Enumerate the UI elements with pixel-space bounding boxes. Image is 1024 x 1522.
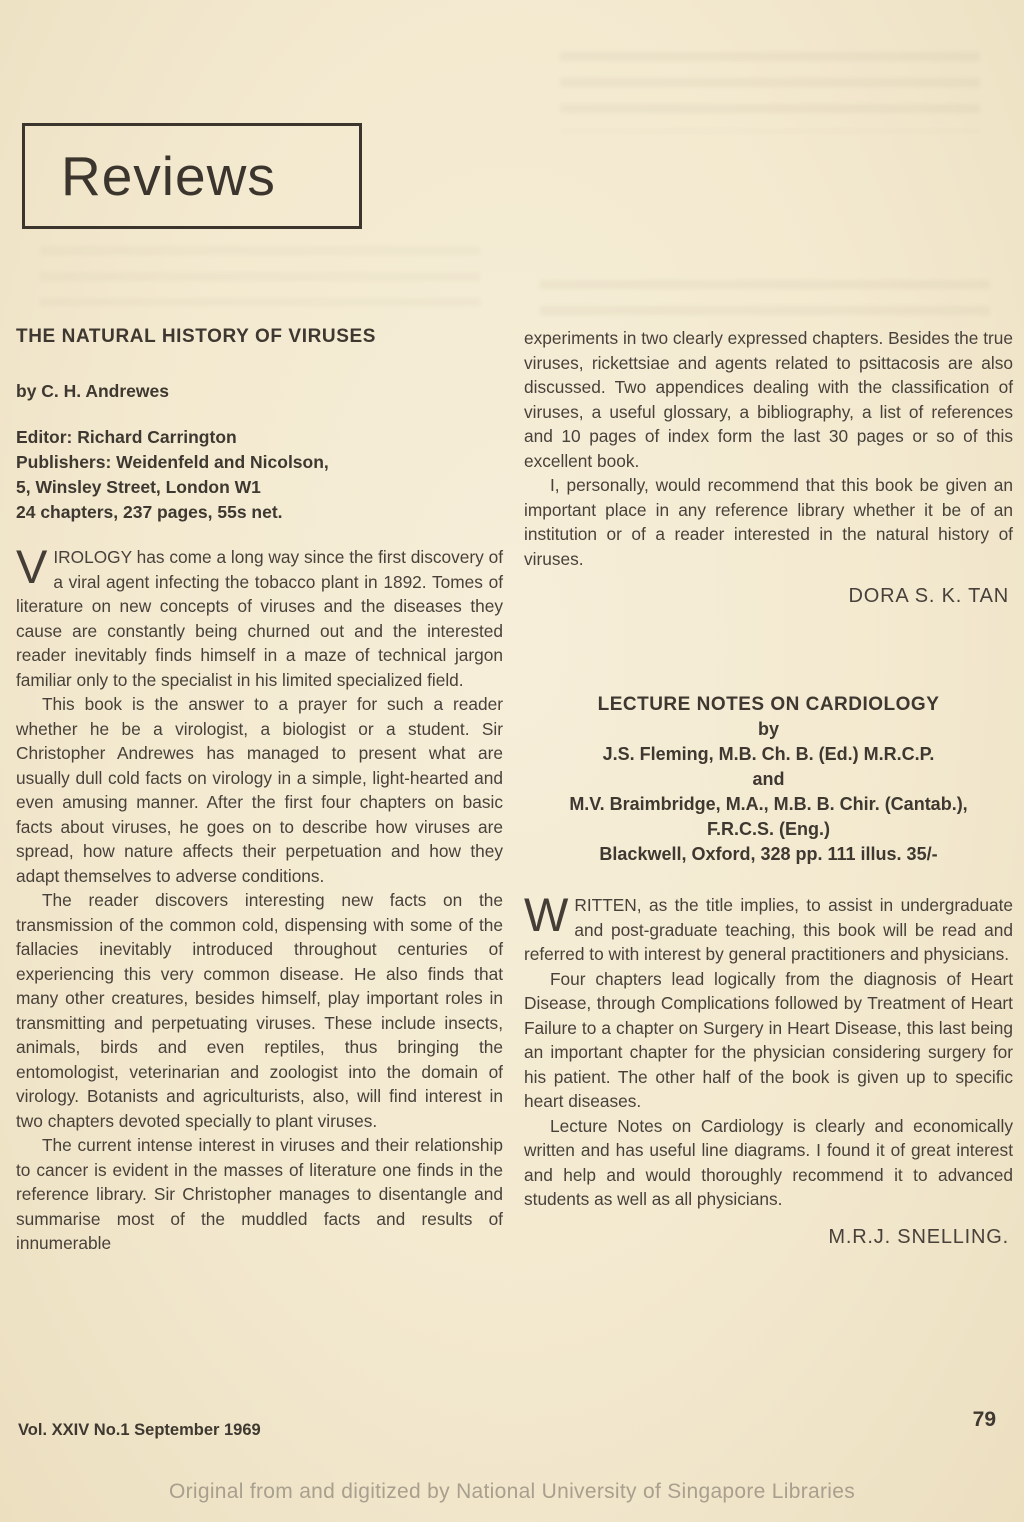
review2-heading-line: by [524,717,1013,742]
volume-info: Vol. XXIV No.1 September 1969 [18,1421,261,1440]
page-number: 79 [973,1408,996,1432]
right-column: experiments in two clearly expressed cha… [524,326,1013,1249]
review1-byline: by C. H. Andrewes [16,381,503,402]
review1-paragraph-continuation: experiments in two clearly expressed cha… [524,326,1013,473]
publication-info-line: Editor: Richard Carrington [16,425,503,450]
review1-paragraph: VIROLOGY has come a long way since the f… [16,545,503,692]
page-bleedthrough [540,280,990,326]
digitization-watermark: Original from and digitized by National … [0,1480,1024,1504]
review2-title: LECTURE NOTES ON CARDIOLOGY [524,692,1013,717]
review2-heading-line: J.S. Fleming, M.B. Ch. B. (Ed.) M.R.C.P. [524,742,1013,767]
review2-heading-line: M.V. Braimbridge, M.A., M.B. B. Chir. (C… [524,792,1013,817]
review2-heading-line: and [524,767,1013,792]
review1-paragraph: The reader discovers interesting new fac… [16,888,503,1133]
publication-info-line: 24 chapters, 237 pages, 55s net. [16,500,503,525]
review1-paragraph: I, personally, would recommend that this… [524,473,1013,571]
dropcap-v: V [16,545,53,587]
review2-paragraph: Lecture Notes on Cardiology is clearly a… [524,1114,1013,1212]
paragraph-text: RITTEN, as the title implies, to assist … [524,895,1013,964]
review1-reviewer: DORA S. K. TAN [524,585,1013,608]
review2-paragraph: Four chapters lead logically from the di… [524,967,1013,1114]
publication-info-line: Publishers: Weidenfeld and Nicolson, [16,450,503,475]
publication-info-line: 5, Winsley Street, London W1 [16,475,503,500]
review1-paragraph: This book is the answer to a prayer for … [16,692,503,888]
review2-heading: LECTURE NOTES ON CARDIOLOGY by J.S. Flem… [524,692,1013,867]
review1-publication-info: Editor: Richard Carrington Publishers: W… [16,425,503,525]
paragraph-text: IROLOGY has come a long way since the fi… [16,547,503,690]
journal-page: Reviews THE NATURAL HISTORY OF VIRUSES b… [0,0,1024,1522]
page-bleedthrough [560,52,980,132]
review1-paragraph: The current intense interest in viruses … [16,1133,503,1256]
dropcap-w: W [524,893,574,935]
page-bleedthrough [40,246,480,306]
review1-title: THE NATURAL HISTORY OF VIRUSES [16,326,503,348]
review2-paragraph: WRITTEN, as the title implies, to assist… [524,893,1013,967]
review2-heading-line: F.R.C.S. (Eng.) [524,817,1013,842]
section-title: Reviews [61,144,276,208]
review2-reviewer: M.R.J. SNELLING. [524,1226,1013,1249]
review2-heading-line: Blackwell, Oxford, 328 pp. 111 illus. 35… [524,842,1013,867]
left-column: THE NATURAL HISTORY OF VIRUSES by C. H. … [16,326,503,1256]
section-header-box: Reviews [22,123,362,229]
